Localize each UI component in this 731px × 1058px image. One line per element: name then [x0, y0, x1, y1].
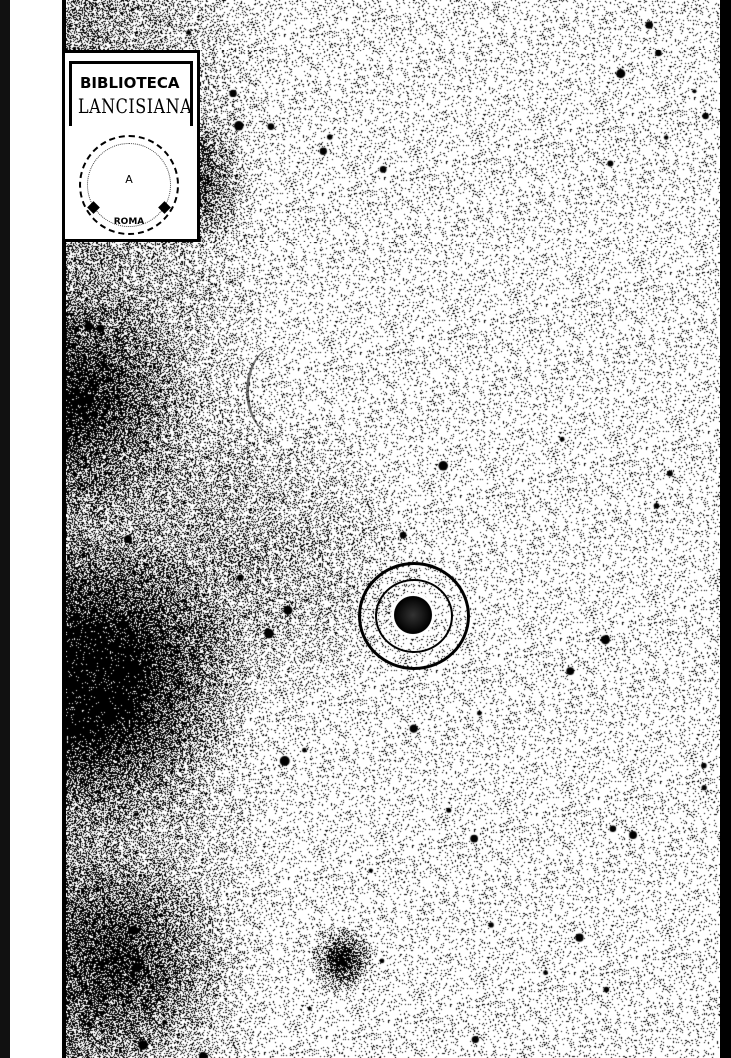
faint-stamp-arc — [246, 346, 309, 436]
label-title-line2: LANCISIANA — [78, 94, 192, 118]
label-frame: BIBLIOTECA LANCISIANA — [69, 61, 193, 126]
seal-center-letter: A — [81, 173, 177, 186]
stamp-emblem — [391, 593, 435, 637]
library-ink-stamp — [358, 562, 470, 670]
scan-right-shadow — [720, 0, 731, 1058]
library-label: BIBLIOTECA LANCISIANA A ROMA — [62, 50, 200, 242]
label-title-line1: BIBLIOTECA — [80, 74, 179, 92]
scan-left-shadow — [0, 0, 10, 1058]
seal-bottom-text: ROMA — [81, 217, 177, 227]
label-seal: A ROMA — [79, 135, 179, 235]
